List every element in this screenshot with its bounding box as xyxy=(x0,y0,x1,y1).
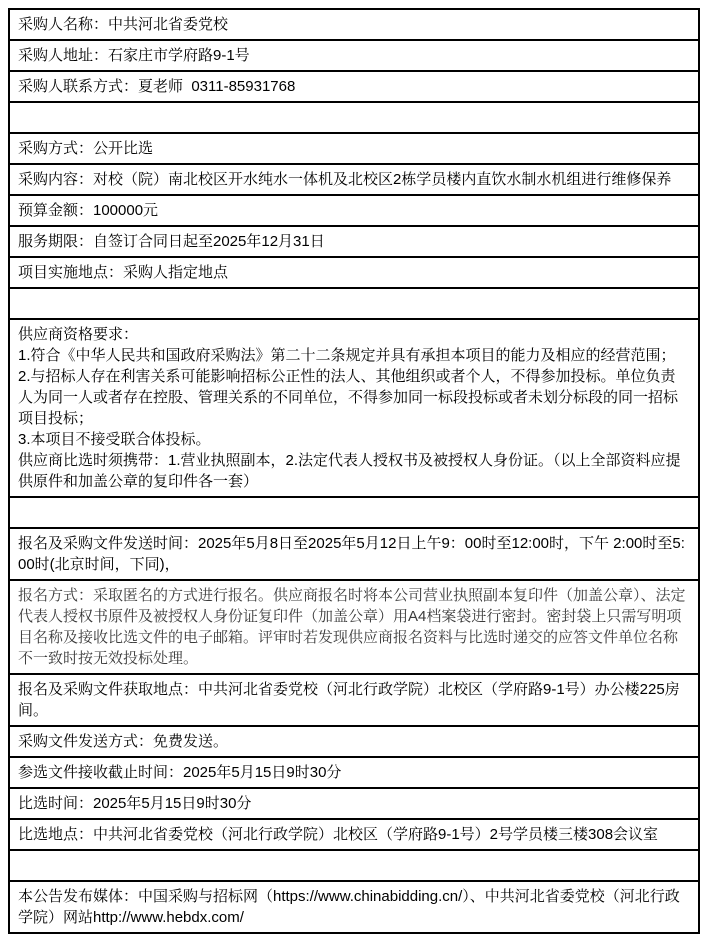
table-cell: 本公告发布媒体：中国采购与招标网（https://www.chinabiddin… xyxy=(9,881,699,933)
table-cell: 服务期限：自签订合同日起至2025年12月31日 xyxy=(9,226,699,257)
row-service-period: 服务期限：自签订合同日起至2025年12月31日 xyxy=(9,226,699,257)
row-buyer-contact: 采购人联系方式：夏老师 0311-85931768 xyxy=(9,71,699,102)
table-cell xyxy=(9,288,699,319)
row-document-delivery-method: 采购文件发送方式：免费发送。 xyxy=(9,726,699,757)
row-procurement-content: 采购内容：对校（院）南北校区开水纯水一体机及北校区2栋学员楼内直饮水制水机组进行… xyxy=(9,164,699,195)
text-line: 本公告发布媒体：中国采购与招标网（https://www.chinabiddin… xyxy=(18,886,690,928)
text-line: 采购人名称：中共河北省委党校 xyxy=(18,14,690,35)
text-line: 采购人地址：石家庄市学府路9-1号 xyxy=(18,45,690,66)
text-line: 采购人联系方式：夏老师 0311-85931768 xyxy=(18,76,690,97)
table-cell: 比选时间：2025年5月15日9时30分 xyxy=(9,788,699,819)
table-cell: 采购方式：公开比选 xyxy=(9,133,699,164)
text-line: 供应商比选时须携带：1.营业执照副本，2.法定代表人授权书及被授权人身份证。（以… xyxy=(18,450,690,492)
notice-page: 采购人名称：中共河北省委党校 采购人地址：石家庄市学府路9-1号 采购人联系方式… xyxy=(0,0,706,939)
procurement-notice-table: 采购人名称：中共河北省委党校 采购人地址：石家庄市学府路9-1号 采购人联系方式… xyxy=(8,8,700,934)
row-spacer-2 xyxy=(9,288,699,319)
table-cell: 预算金额：100000元 xyxy=(9,195,699,226)
table-cell xyxy=(9,850,699,881)
table-cell xyxy=(9,102,699,133)
row-selection-location: 比选地点：中共河北省委党校（河北行政学院）北校区（学府路9-1号）2号学员楼三楼… xyxy=(9,819,699,850)
text-line: 报名方式：采取匿名的方式进行报名。供应商报名时将本公司营业执照副本复印件（加盖公… xyxy=(18,585,690,669)
row-budget-amount: 预算金额：100000元 xyxy=(9,195,699,226)
text-line: 报名及采购文件发送时间：2025年5月8日至2025年5月12日上午9：00时至… xyxy=(18,533,690,575)
table-cell: 采购文件发送方式：免费发送。 xyxy=(9,726,699,757)
row-spacer-1 xyxy=(9,102,699,133)
row-spacer-3 xyxy=(9,497,699,528)
row-procurement-method: 采购方式：公开比选 xyxy=(9,133,699,164)
text-line: 采购方式：公开比选 xyxy=(18,138,690,159)
text-line: 供应商资格要求： xyxy=(18,324,690,345)
text-line: 1.符合《中华人民共和国政府采购法》第二十二条规定并具有承担本项目的能力及相应的… xyxy=(18,345,690,366)
table-cell: 报名方式：采取匿名的方式进行报名。供应商报名时将本公司营业执照副本复印件（加盖公… xyxy=(9,580,699,674)
text-line: 2.与招标人存在利害关系可能影响招标公正性的法人、其他组织或者个人，不得参加投标… xyxy=(18,366,690,429)
row-buyer-name: 采购人名称：中共河北省委党校 xyxy=(9,9,699,40)
text-line: 比选时间：2025年5月15日9时30分 xyxy=(18,793,690,814)
row-registration-send-time: 报名及采购文件发送时间：2025年5月8日至2025年5月12日上午9：00时至… xyxy=(9,528,699,580)
row-supplier-qualifications: 供应商资格要求：1.符合《中华人民共和国政府采购法》第二十二条规定并具有承担本项… xyxy=(9,319,699,497)
text-line: 预算金额：100000元 xyxy=(18,200,690,221)
table-cell: 报名及采购文件获取地点：中共河北省委党校（河北行政学院）北校区（学府路9-1号）… xyxy=(9,674,699,726)
table-cell: 报名及采购文件发送时间：2025年5月8日至2025年5月12日上午9：00时至… xyxy=(9,528,699,580)
table-cell: 比选地点：中共河北省委党校（河北行政学院）北校区（学府路9-1号）2号学员楼三楼… xyxy=(9,819,699,850)
table-cell: 采购人地址：石家庄市学府路9-1号 xyxy=(9,40,699,71)
row-document-pickup-location: 报名及采购文件获取地点：中共河北省委党校（河北行政学院）北校区（学府路9-1号）… xyxy=(9,674,699,726)
table-cell xyxy=(9,497,699,528)
text-line: 报名及采购文件获取地点：中共河北省委党校（河北行政学院）北校区（学府路9-1号）… xyxy=(18,679,690,721)
text-line: 比选地点：中共河北省委党校（河北行政学院）北校区（学府路9-1号）2号学员楼三楼… xyxy=(18,824,690,845)
row-buyer-address: 采购人地址：石家庄市学府路9-1号 xyxy=(9,40,699,71)
row-spacer-4 xyxy=(9,850,699,881)
table-cell: 项目实施地点：采购人指定地点 xyxy=(9,257,699,288)
text-line: 采购文件发送方式：免费发送。 xyxy=(18,731,690,752)
table-cell: 参选文件接收截止时间：2025年5月15日9时30分 xyxy=(9,757,699,788)
row-submission-deadline: 参选文件接收截止时间：2025年5月15日9时30分 xyxy=(9,757,699,788)
text-line: 采购内容：对校（院）南北校区开水纯水一体机及北校区2栋学员楼内直饮水制水机组进行… xyxy=(18,169,690,190)
row-announcement-media: 本公告发布媒体：中国采购与招标网（https://www.chinabiddin… xyxy=(9,881,699,933)
text-line: 参选文件接收截止时间：2025年5月15日9时30分 xyxy=(18,762,690,783)
table-cell: 供应商资格要求：1.符合《中华人民共和国政府采购法》第二十二条规定并具有承担本项… xyxy=(9,319,699,497)
table-cell: 采购内容：对校（院）南北校区开水纯水一体机及北校区2栋学员楼内直饮水制水机组进行… xyxy=(9,164,699,195)
text-line: 服务期限：自签订合同日起至2025年12月31日 xyxy=(18,231,690,252)
text-line: 项目实施地点：采购人指定地点 xyxy=(18,262,690,283)
table-cell: 采购人名称：中共河北省委党校 xyxy=(9,9,699,40)
row-registration-method: 报名方式：采取匿名的方式进行报名。供应商报名时将本公司营业执照副本复印件（加盖公… xyxy=(9,580,699,674)
row-selection-time: 比选时间：2025年5月15日9时30分 xyxy=(9,788,699,819)
notice-table-body: 采购人名称：中共河北省委党校 采购人地址：石家庄市学府路9-1号 采购人联系方式… xyxy=(9,9,699,933)
table-cell: 采购人联系方式：夏老师 0311-85931768 xyxy=(9,71,699,102)
row-implementation-site: 项目实施地点：采购人指定地点 xyxy=(9,257,699,288)
text-line: 3.本项目不接受联合体投标。 xyxy=(18,429,690,450)
